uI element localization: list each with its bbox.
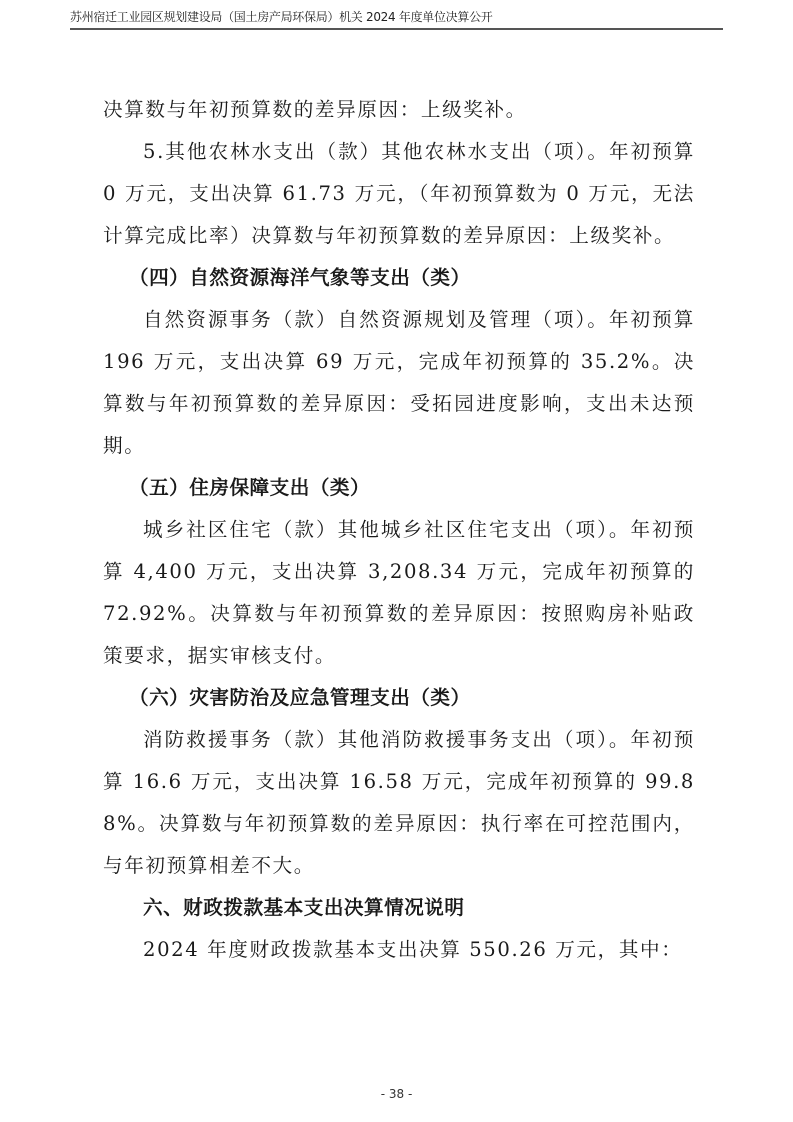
header-title: 苏州宿迁工业园区规划建设局（国土房产局环保局）机关 2024 年度单位决算公开 [70, 9, 723, 25]
page-number: - 38 - [0, 1087, 793, 1101]
section-heading-housing: （五）住房保障支出（类） [103, 467, 695, 509]
document-body: 决算数与年初预算数的差异原因：上级奖补。 5.其他农林水支出（款）其他农林水支出… [103, 89, 695, 971]
paragraph-fire-rescue: 消防救援事务（款）其他消防救援事务支出（项）。年初预算 16.6 万元，支出决算… [103, 719, 695, 887]
paragraph-diff-reason: 决算数与年初预算数的差异原因：上级奖补。 [103, 89, 695, 131]
paragraph-other-agriculture: 5.其他农林水支出（款）其他农林水支出（项）。年初预算 0 万元，支出决算 61… [103, 131, 695, 257]
section-heading-natural-resources: （四）自然资源海洋气象等支出（类） [103, 257, 695, 299]
paragraph-housing: 城乡社区住宅（款）其他城乡社区住宅支出（项）。年初预算 4,400 万元，支出决… [103, 509, 695, 677]
section-heading-disaster-prevention: （六）灾害防治及应急管理支出（类） [103, 677, 695, 719]
paragraph-basic-expenditure: 2024 年度财政拨款基本支出决算 550.26 万元，其中： [103, 929, 695, 971]
chapter-heading-basic-expenditure: 六、财政拨款基本支出决算情况说明 [103, 887, 695, 929]
page-header: 苏州宿迁工业园区规划建设局（国土房产局环保局）机关 2024 年度单位决算公开 [70, 9, 723, 30]
paragraph-natural-resources: 自然资源事务（款）自然资源规划及管理（项）。年初预算 196 万元，支出决算 6… [103, 299, 695, 467]
